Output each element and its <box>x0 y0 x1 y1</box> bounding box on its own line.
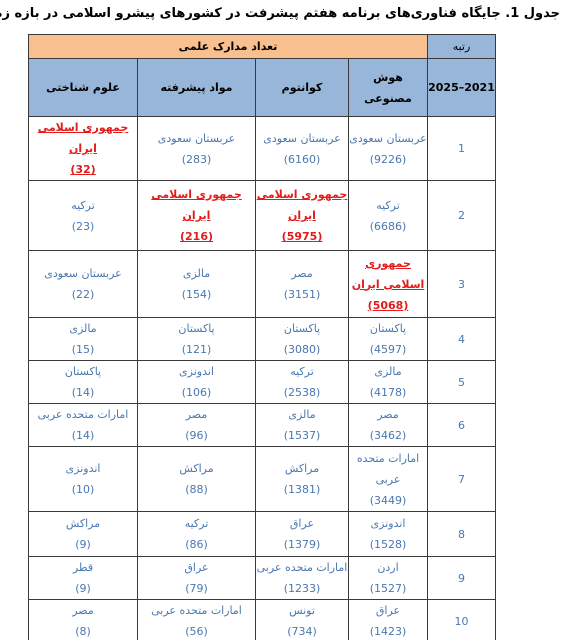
table-row: 9اردن(1527)امارات متحده عربی(1233)عراق(7… <box>29 557 496 600</box>
country-name: ترکیه <box>256 361 348 382</box>
rank-cell: 2 <box>428 181 496 251</box>
country-name: امارات متحده عربی <box>349 448 427 490</box>
document-count: (88) <box>138 479 255 500</box>
cell-ai: مصر(3462) <box>349 404 428 447</box>
document-count: (14) <box>29 425 137 446</box>
country-name: جمهوری اسلامی ایران <box>138 184 255 226</box>
country-name: عراق <box>349 600 427 621</box>
document-count: (5975) <box>256 226 348 247</box>
cell-cognitive-sciences: مالزی(15) <box>29 318 138 361</box>
header-row-2: 2021–2025 هوش مصنوعی کوانتوم مواد پیشرفت… <box>29 59 496 117</box>
column-header-advanced-materials: مواد پیشرفته <box>138 59 256 117</box>
table-row: 4پاکستان(4597)پاکستان(3080)پاکستان(121)م… <box>29 318 496 361</box>
country-name: پاکستان <box>138 318 255 339</box>
table-row: 7امارات متحده عربی(3449)مراکش(1381)مراکش… <box>29 447 496 512</box>
table-row: 10عراق(1423)تونس(734)امارات متحده عربی(5… <box>29 600 496 640</box>
cell-cognitive-sciences: اندونزی(10) <box>29 447 138 512</box>
country-name: عربستان سعودی <box>349 128 427 149</box>
country-name: امارات متحده عربی <box>138 600 255 621</box>
cell-quantum: عراق(1379) <box>256 512 349 557</box>
country-name: اندونزی <box>138 361 255 382</box>
document-count: (96) <box>138 425 255 446</box>
document-count: (9226) <box>349 149 427 170</box>
cell-advanced-materials: امارات متحده عربی(56) <box>138 600 256 640</box>
cell-cognitive-sciences: مراکش(9) <box>29 512 138 557</box>
country-name: مصر <box>349 404 427 425</box>
country-name: ترکیه <box>349 195 427 216</box>
document-count: (154) <box>138 284 255 305</box>
document-count: (216) <box>138 226 255 247</box>
document-count: (121) <box>138 339 255 360</box>
document-count: (106) <box>138 382 255 403</box>
cell-advanced-materials: پاکستان(121) <box>138 318 256 361</box>
cell-quantum: مراکش(1381) <box>256 447 349 512</box>
ranking-table: رتبه تعداد مدارک علمی 2021–2025 هوش مصنو… <box>28 34 496 640</box>
country-name: ترکیه <box>29 195 137 216</box>
document-count: (9) <box>29 534 137 555</box>
document-count: (1423) <box>349 621 427 640</box>
cell-ai: عربستان سعودی(9226) <box>349 117 428 181</box>
cell-quantum: مالزی(1537) <box>256 404 349 447</box>
document-count: (734) <box>256 621 348 640</box>
country-name: مصر <box>256 263 348 284</box>
country-name: مالزی <box>256 404 348 425</box>
cell-quantum: ترکیه(2538) <box>256 361 349 404</box>
country-name: امارات متحده عربی <box>29 404 137 425</box>
cell-quantum: تونس(734) <box>256 600 349 640</box>
cell-cognitive-sciences: عربستان سعودی(22) <box>29 251 138 318</box>
rank-header: رتبه <box>428 35 496 59</box>
cell-quantum: امارات متحده عربی(1233) <box>256 557 349 600</box>
document-count: (9) <box>29 578 137 599</box>
country-name: عربستان سعودی <box>256 128 348 149</box>
country-name: جمهوری اسلامی ایران <box>349 253 427 295</box>
document-count: (3151) <box>256 284 348 305</box>
rank-cell: 8 <box>428 512 496 557</box>
document-count: (3462) <box>349 425 427 446</box>
column-header-quantum: کوانتوم <box>256 59 349 117</box>
country-name: مراکش <box>256 458 348 479</box>
document-count: (79) <box>138 578 255 599</box>
rank-cell: 9 <box>428 557 496 600</box>
rank-cell: 1 <box>428 117 496 181</box>
country-name: قطر <box>29 557 137 578</box>
cell-cognitive-sciences: پاکستان(14) <box>29 361 138 404</box>
country-name: مالزی <box>349 361 427 382</box>
document-count: (6686) <box>349 216 427 237</box>
cell-quantum: مصر(3151) <box>256 251 349 318</box>
table-row: 3جمهوری اسلامی ایران(5068)مصر(3151)مالزی… <box>29 251 496 318</box>
document-count: (23) <box>29 216 137 237</box>
document-count: (14) <box>29 382 137 403</box>
cell-ai: مالزی(4178) <box>349 361 428 404</box>
country-name: اندونزی <box>29 458 137 479</box>
table-row: 2ترکیه(6686)جمهوری اسلامی ایران(5975)جمه… <box>29 181 496 251</box>
cell-cognitive-sciences: جمهوری اسلامی ایران(32) <box>29 117 138 181</box>
country-name: پاکستان <box>256 318 348 339</box>
cell-advanced-materials: مراکش(88) <box>138 447 256 512</box>
document-count: (1528) <box>349 534 427 555</box>
document-count: (8) <box>29 621 137 640</box>
document-count: (1233) <box>256 578 348 599</box>
cell-ai: ترکیه(6686) <box>349 181 428 251</box>
document-count: (3449) <box>349 490 427 511</box>
group-header: تعداد مدارک علمی <box>29 35 428 59</box>
document-count: (1379) <box>256 534 348 555</box>
table-caption: جدول 1. جایگاه فناوری‌های برنامه هفتم پی… <box>0 6 560 21</box>
table-row: 5مالزی(4178)ترکیه(2538)اندونزی(106)پاکست… <box>29 361 496 404</box>
document-count: (15) <box>29 339 137 360</box>
header-row-1: رتبه تعداد مدارک علمی <box>29 35 496 59</box>
cell-advanced-materials: جمهوری اسلامی ایران(216) <box>138 181 256 251</box>
country-name: عراق <box>256 513 348 534</box>
rank-cell: 6 <box>428 404 496 447</box>
country-name: عربستان سعودی <box>138 128 255 149</box>
cell-ai: امارات متحده عربی(3449) <box>349 447 428 512</box>
document-count: (6160) <box>256 149 348 170</box>
table-row: 8اندونزی(1528)عراق(1379)ترکیه(86)مراکش(9… <box>29 512 496 557</box>
cell-advanced-materials: ترکیه(86) <box>138 512 256 557</box>
cell-advanced-materials: عربستان سعودی(283) <box>138 117 256 181</box>
country-name: اندونزی <box>349 513 427 534</box>
cell-advanced-materials: عراق(79) <box>138 557 256 600</box>
column-header-ai: هوش مصنوعی <box>349 59 428 117</box>
country-name: پاکستان <box>349 318 427 339</box>
document-count: (10) <box>29 479 137 500</box>
country-name: جمهوری اسلامی ایران <box>29 117 137 159</box>
document-count: (283) <box>138 149 255 170</box>
column-header-cognitive-sciences: علوم شناختی <box>29 59 138 117</box>
period-header: 2021–2025 <box>428 59 496 117</box>
country-name: تونس <box>256 600 348 621</box>
document-count: (4597) <box>349 339 427 360</box>
cell-advanced-materials: مصر(96) <box>138 404 256 447</box>
table-row: 6مصر(3462)مالزی(1537)مصر(96)امارات متحده… <box>29 404 496 447</box>
country-name: مصر <box>29 600 137 621</box>
rank-cell: 3 <box>428 251 496 318</box>
document-count: (86) <box>138 534 255 555</box>
document-count: (56) <box>138 621 255 640</box>
country-name: مراکش <box>138 458 255 479</box>
country-name: مراکش <box>29 513 137 534</box>
cell-quantum: عربستان سعودی(6160) <box>256 117 349 181</box>
cell-quantum: جمهوری اسلامی ایران(5975) <box>256 181 349 251</box>
table-row: 1عربستان سعودی(9226)عربستان سعودی(6160)ع… <box>29 117 496 181</box>
cell-quantum: پاکستان(3080) <box>256 318 349 361</box>
cell-cognitive-sciences: قطر(9) <box>29 557 138 600</box>
document-count: (5068) <box>349 295 427 316</box>
country-name: مصر <box>138 404 255 425</box>
cell-ai: جمهوری اسلامی ایران(5068) <box>349 251 428 318</box>
rank-cell: 4 <box>428 318 496 361</box>
country-name: ترکیه <box>138 513 255 534</box>
cell-ai: عراق(1423) <box>349 600 428 640</box>
document-count: (1537) <box>256 425 348 446</box>
document-count: (1527) <box>349 578 427 599</box>
document-count: (32) <box>29 159 137 180</box>
cell-advanced-materials: اندونزی(106) <box>138 361 256 404</box>
cell-advanced-materials: مالزی(154) <box>138 251 256 318</box>
country-name: پاکستان <box>29 361 137 382</box>
rank-cell: 10 <box>428 600 496 640</box>
country-name: اردن <box>349 557 427 578</box>
document-count: (3080) <box>256 339 348 360</box>
document-count: (2538) <box>256 382 348 403</box>
country-name: امارات متحده عربی <box>256 557 348 578</box>
cell-ai: اندونزی(1528) <box>349 512 428 557</box>
country-name: جمهوری اسلامی ایران <box>256 184 348 226</box>
country-name: عربستان سعودی <box>29 263 137 284</box>
cell-cognitive-sciences: مصر(8) <box>29 600 138 640</box>
rank-cell: 7 <box>428 447 496 512</box>
cell-ai: اردن(1527) <box>349 557 428 600</box>
country-name: مالزی <box>138 263 255 284</box>
document-count: (22) <box>29 284 137 305</box>
rank-cell: 5 <box>428 361 496 404</box>
country-name: عراق <box>138 557 255 578</box>
country-name: مالزی <box>29 318 137 339</box>
document-count: (1381) <box>256 479 348 500</box>
cell-cognitive-sciences: ترکیه(23) <box>29 181 138 251</box>
cell-cognitive-sciences: امارات متحده عربی(14) <box>29 404 138 447</box>
document-count: (4178) <box>349 382 427 403</box>
cell-ai: پاکستان(4597) <box>349 318 428 361</box>
